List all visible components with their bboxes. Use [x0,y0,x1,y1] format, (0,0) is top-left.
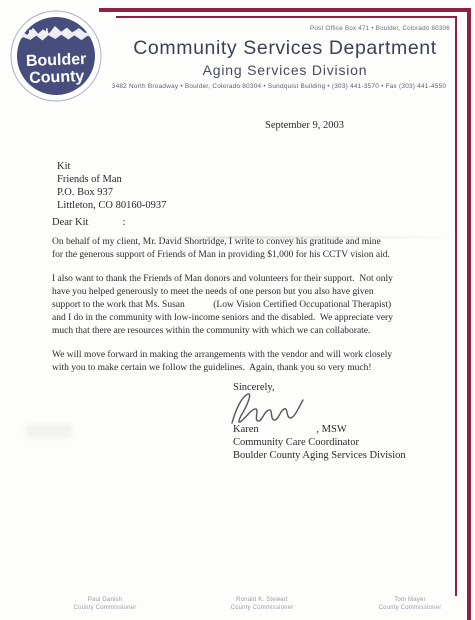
signer-name-line: Karen , MSW [233,424,347,435]
frame-rule-top-inner [116,16,457,18]
commissioner-title: County Commissioner [40,605,170,613]
recipient-line: Friends of Man [57,173,166,186]
frame-rule-top-outer [99,8,471,12]
address-line: 3482 North Broadway • Boulder, Colorado … [92,83,466,90]
recipient-line: Littleton, CO 80160-0937 [57,199,166,212]
logo-text-county: County [29,68,85,87]
handwritten-signature-icon [225,391,321,427]
scan-smudge-artifact [26,424,72,438]
salutation: Dear Kit : [52,217,126,228]
signer-title: Community Care Coordinator [233,437,359,448]
commissioner-1: Paul Danish County Commissioner [40,597,170,612]
commissioner-title: County Commissioner [192,605,332,613]
paragraph-2: I also want to thank the Friends of Man … [52,273,474,338]
paragraph-1: On behalf of my client, Mr. David Shortr… [52,236,474,262]
commissioner-3: Tom Mayer County Commissioner [340,597,475,612]
logo-text-boulder: Boulder [26,51,87,70]
scanned-letter-page: Boulder County Post Office Box 471 • Bou… [0,0,475,620]
commissioner-name: Ronald K. Stewart [192,597,332,605]
commissioner-2: Ronald K. Stewart County Commissioner [192,597,332,612]
commissioner-name: Paul Danish [40,597,170,605]
signer-organization: Boulder County Aging Services Division [233,450,406,461]
recipient-address-block: Kit Friends of Man P.O. Box 937 Littleto… [57,160,166,212]
commissioner-name: Tom Mayer [340,597,475,605]
po-box-line: Post Office Box 471 • Boulder, Colorado … [300,25,460,32]
letter-body: On behalf of my client, Mr. David Shortr… [52,236,474,386]
recipient-line: P.O. Box 937 [57,186,166,199]
division-title: Aging Services Division [98,62,472,78]
boulder-county-logo-icon: Boulder County [8,7,103,104]
paragraph-3: We will move forward in making the arran… [52,349,474,375]
recipient-line: Kit [57,160,166,173]
department-title: Community Services Department [98,37,472,60]
letter-date: September 9, 2003 [265,120,344,131]
commissioner-title: County Commissioner [340,605,475,613]
